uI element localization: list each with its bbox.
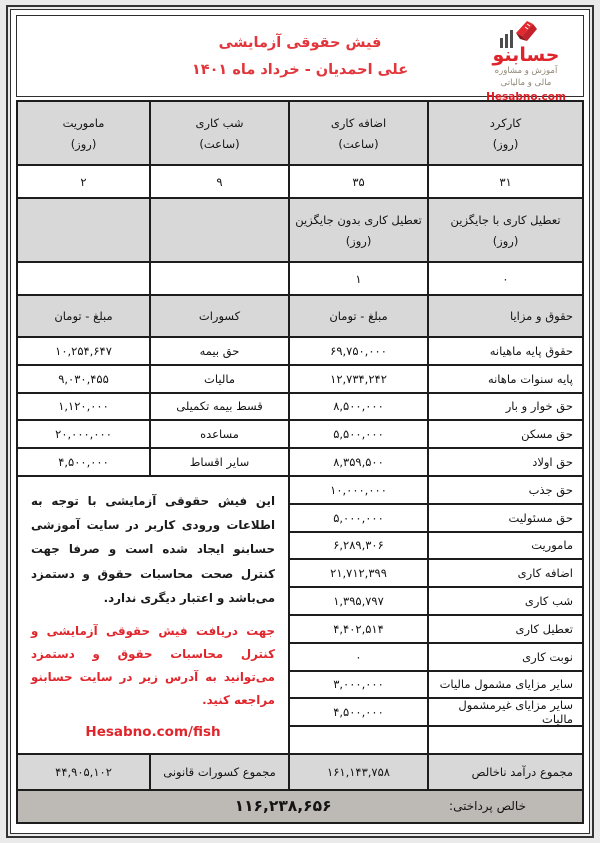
work-days-value: ۳۱ [427, 166, 582, 199]
payslip-table: کارکرد (روز) اضافه کاری (ساعت) شب کاری (… [16, 100, 584, 824]
benefit-label: حق خوار و بار [427, 394, 582, 422]
logo-site-url: Hesabno.com [486, 91, 566, 103]
benefit-amount: ۶۹,۷۵۰,۰۰۰ [288, 338, 427, 366]
benefits-amount-header: مبلغ - تومان [288, 296, 427, 338]
overtime-value: ۳۵ [288, 166, 427, 199]
benefit-label: حق اولاد [427, 449, 582, 477]
benefit-label: حقوق پایه ماهیانه [427, 338, 582, 366]
benefit-amount: ۱۲,۷۳۴,۲۴۲ [288, 366, 427, 394]
disclaimer-block: این فیش حقوقی آزمایشی با توجه به اطلاعات… [16, 477, 288, 755]
benefit-amount: ۴,۵۰۰,۰۰۰ [288, 699, 427, 727]
payslip-header: فیش حقوقی آزمایشی علی احمدیان - خرداد ما… [16, 15, 584, 97]
benefits-column-header: حقوق و مزایا [427, 296, 582, 338]
payslip-document: فیش حقوقی آزمایشی علی احمدیان - خرداد ما… [10, 9, 590, 834]
deduction-label: حق بیمه [149, 338, 288, 366]
empty-header-cell [16, 199, 149, 263]
total-deductions-label: مجموع کسورات قانونی [149, 755, 288, 791]
payslip-title: فیش حقوقی آزمایشی [219, 35, 382, 51]
benefit-label: شب کاری [427, 588, 582, 616]
night-work-header: شب کاری (ساعت) [149, 102, 288, 166]
overtime-header: اضافه کاری (ساعت) [288, 102, 427, 166]
empty-header-cell [149, 199, 288, 263]
mission-title: ماموریت [63, 116, 105, 130]
holiday-without-sub-header: تعطیل کاری بدون جایگزین (روز) [288, 199, 427, 263]
benefit-amount: ۸,۳۵۹,۵۰۰ [288, 449, 427, 477]
total-deductions-value: ۴۴,۹۰۵,۱۰۲ [16, 755, 149, 791]
hesabno-fish-link[interactable]: Hesabno.com/fish [31, 724, 275, 740]
benefit-label: پایه سنوات ماهانه [427, 366, 582, 394]
benefit-amount: ۶,۲۸۹,۳۰۶ [288, 533, 427, 561]
benefit-amount: ۵,۰۰۰,۰۰۰ [288, 505, 427, 533]
deduction-label: سایر اقساط [149, 449, 288, 477]
benefit-label: حق جذب [427, 477, 582, 505]
holiday-with-sub-title: تعطیل کاری با جایگزین [450, 213, 560, 227]
mission-value: ۲ [16, 166, 149, 199]
benefit-label: حق مسکن [427, 421, 582, 449]
deduction-amount: ۲۰,۰۰۰,۰۰۰ [16, 421, 149, 449]
mission-unit: (روز) [71, 137, 97, 151]
work-days-unit: (روز) [493, 137, 519, 151]
work-days-header: کارکرد (روز) [427, 102, 582, 166]
holiday-with-sub-value: ۰ [427, 263, 582, 296]
benefit-amount: ۲۱,۷۱۲,۳۹۹ [288, 560, 427, 588]
deduction-amount: ۱,۱۲۰,۰۰۰ [16, 394, 149, 422]
benefit-amount: ۱,۳۹۵,۷۹۷ [288, 588, 427, 616]
disclaimer-text: این فیش حقوقی آزمایشی با توجه به اطلاعات… [31, 489, 275, 610]
gross-income-value: ۱۶۱,۱۴۳,۷۵۸ [288, 755, 427, 791]
deduction-amount: ۴,۵۰۰,۰۰۰ [16, 449, 149, 477]
mission-header: ماموریت (روز) [16, 102, 149, 166]
deduction-label: مساعده [149, 421, 288, 449]
cta-text: جهت دریافت فیش حقوقی آزمایشی و کنترل محا… [31, 620, 275, 712]
deduction-label: مالیات [149, 366, 288, 394]
benefit-label: حق مسئولیت [427, 505, 582, 533]
overtime-unit: (ساعت) [338, 137, 378, 151]
deduction-label: قسط بیمه تکمیلی [149, 394, 288, 422]
empty-value-cell [16, 263, 149, 296]
holiday-without-sub-value: ۱ [288, 263, 427, 296]
holiday-without-sub-title: تعطیل کاری بدون جایگزین [295, 213, 422, 227]
empty-benefit-cell [427, 727, 582, 755]
deduction-amount: ۹,۰۳۰,۴۵۵ [16, 366, 149, 394]
net-pay-label: خالص پرداختی: [449, 799, 526, 813]
night-work-unit: (ساعت) [199, 137, 239, 151]
net-pay-value: ۱۱۶,۲۳۸,۶۵۶ [235, 797, 332, 815]
benefit-label: ماموریت [427, 533, 582, 561]
empty-value-cell [149, 263, 288, 296]
night-work-value: ۹ [149, 166, 288, 199]
benefit-amount: ۴,۴۰۲,۵۱۴ [288, 616, 427, 644]
overtime-title: اضافه کاری [331, 116, 386, 130]
logo-tagline-1: آموزش و مشاوره [495, 67, 558, 77]
benefit-amount: ۰ [288, 644, 427, 672]
benefit-label: اضافه کاری [427, 560, 582, 588]
deductions-amount-header: مبلغ - تومان [16, 296, 149, 338]
benefit-label: سایر مزایای غیرمشمول مالیات [427, 699, 582, 727]
night-work-title: شب کاری [195, 116, 243, 130]
logo-wordmark: حسابنو [493, 46, 560, 65]
gross-income-label: مجموع درآمد ناخالص [427, 755, 582, 791]
net-pay-row: خالص پرداختی: ۱۱۶,۲۳۸,۶۵۶ [16, 791, 582, 824]
benefit-amount: ۸,۵۰۰,۰۰۰ [288, 394, 427, 422]
benefit-label: تعطیل کاری [427, 616, 582, 644]
deduction-amount: ۱۰,۲۵۴,۶۴۷ [16, 338, 149, 366]
holiday-with-sub-header: تعطیل کاری با جایگزین (روز) [427, 199, 582, 263]
holiday-without-sub-unit: (روز) [346, 234, 372, 248]
employee-and-period: علی احمدیان - خرداد ماه ۱۴۰۱ [192, 62, 408, 78]
empty-amount-cell [288, 727, 427, 755]
holiday-with-sub-unit: (روز) [493, 234, 519, 248]
benefit-amount: ۵,۵۰۰,۰۰۰ [288, 421, 427, 449]
deductions-column-header: کسورات [149, 296, 288, 338]
benefit-amount: ۱۰,۰۰۰,۰۰۰ [288, 477, 427, 505]
hesabno-logo: حسابنو آموزش و مشاوره مالی و مالیاتی Hes… [475, 18, 577, 103]
benefit-label: سایر مزایای مشمول مالیات [427, 672, 582, 700]
benefit-label: نوبت کاری [427, 644, 582, 672]
work-days-title: کارکرد [490, 116, 521, 130]
logo-tagline-2: مالی و مالیاتی [501, 79, 552, 89]
benefit-amount: ۳,۰۰۰,۰۰۰ [288, 672, 427, 700]
